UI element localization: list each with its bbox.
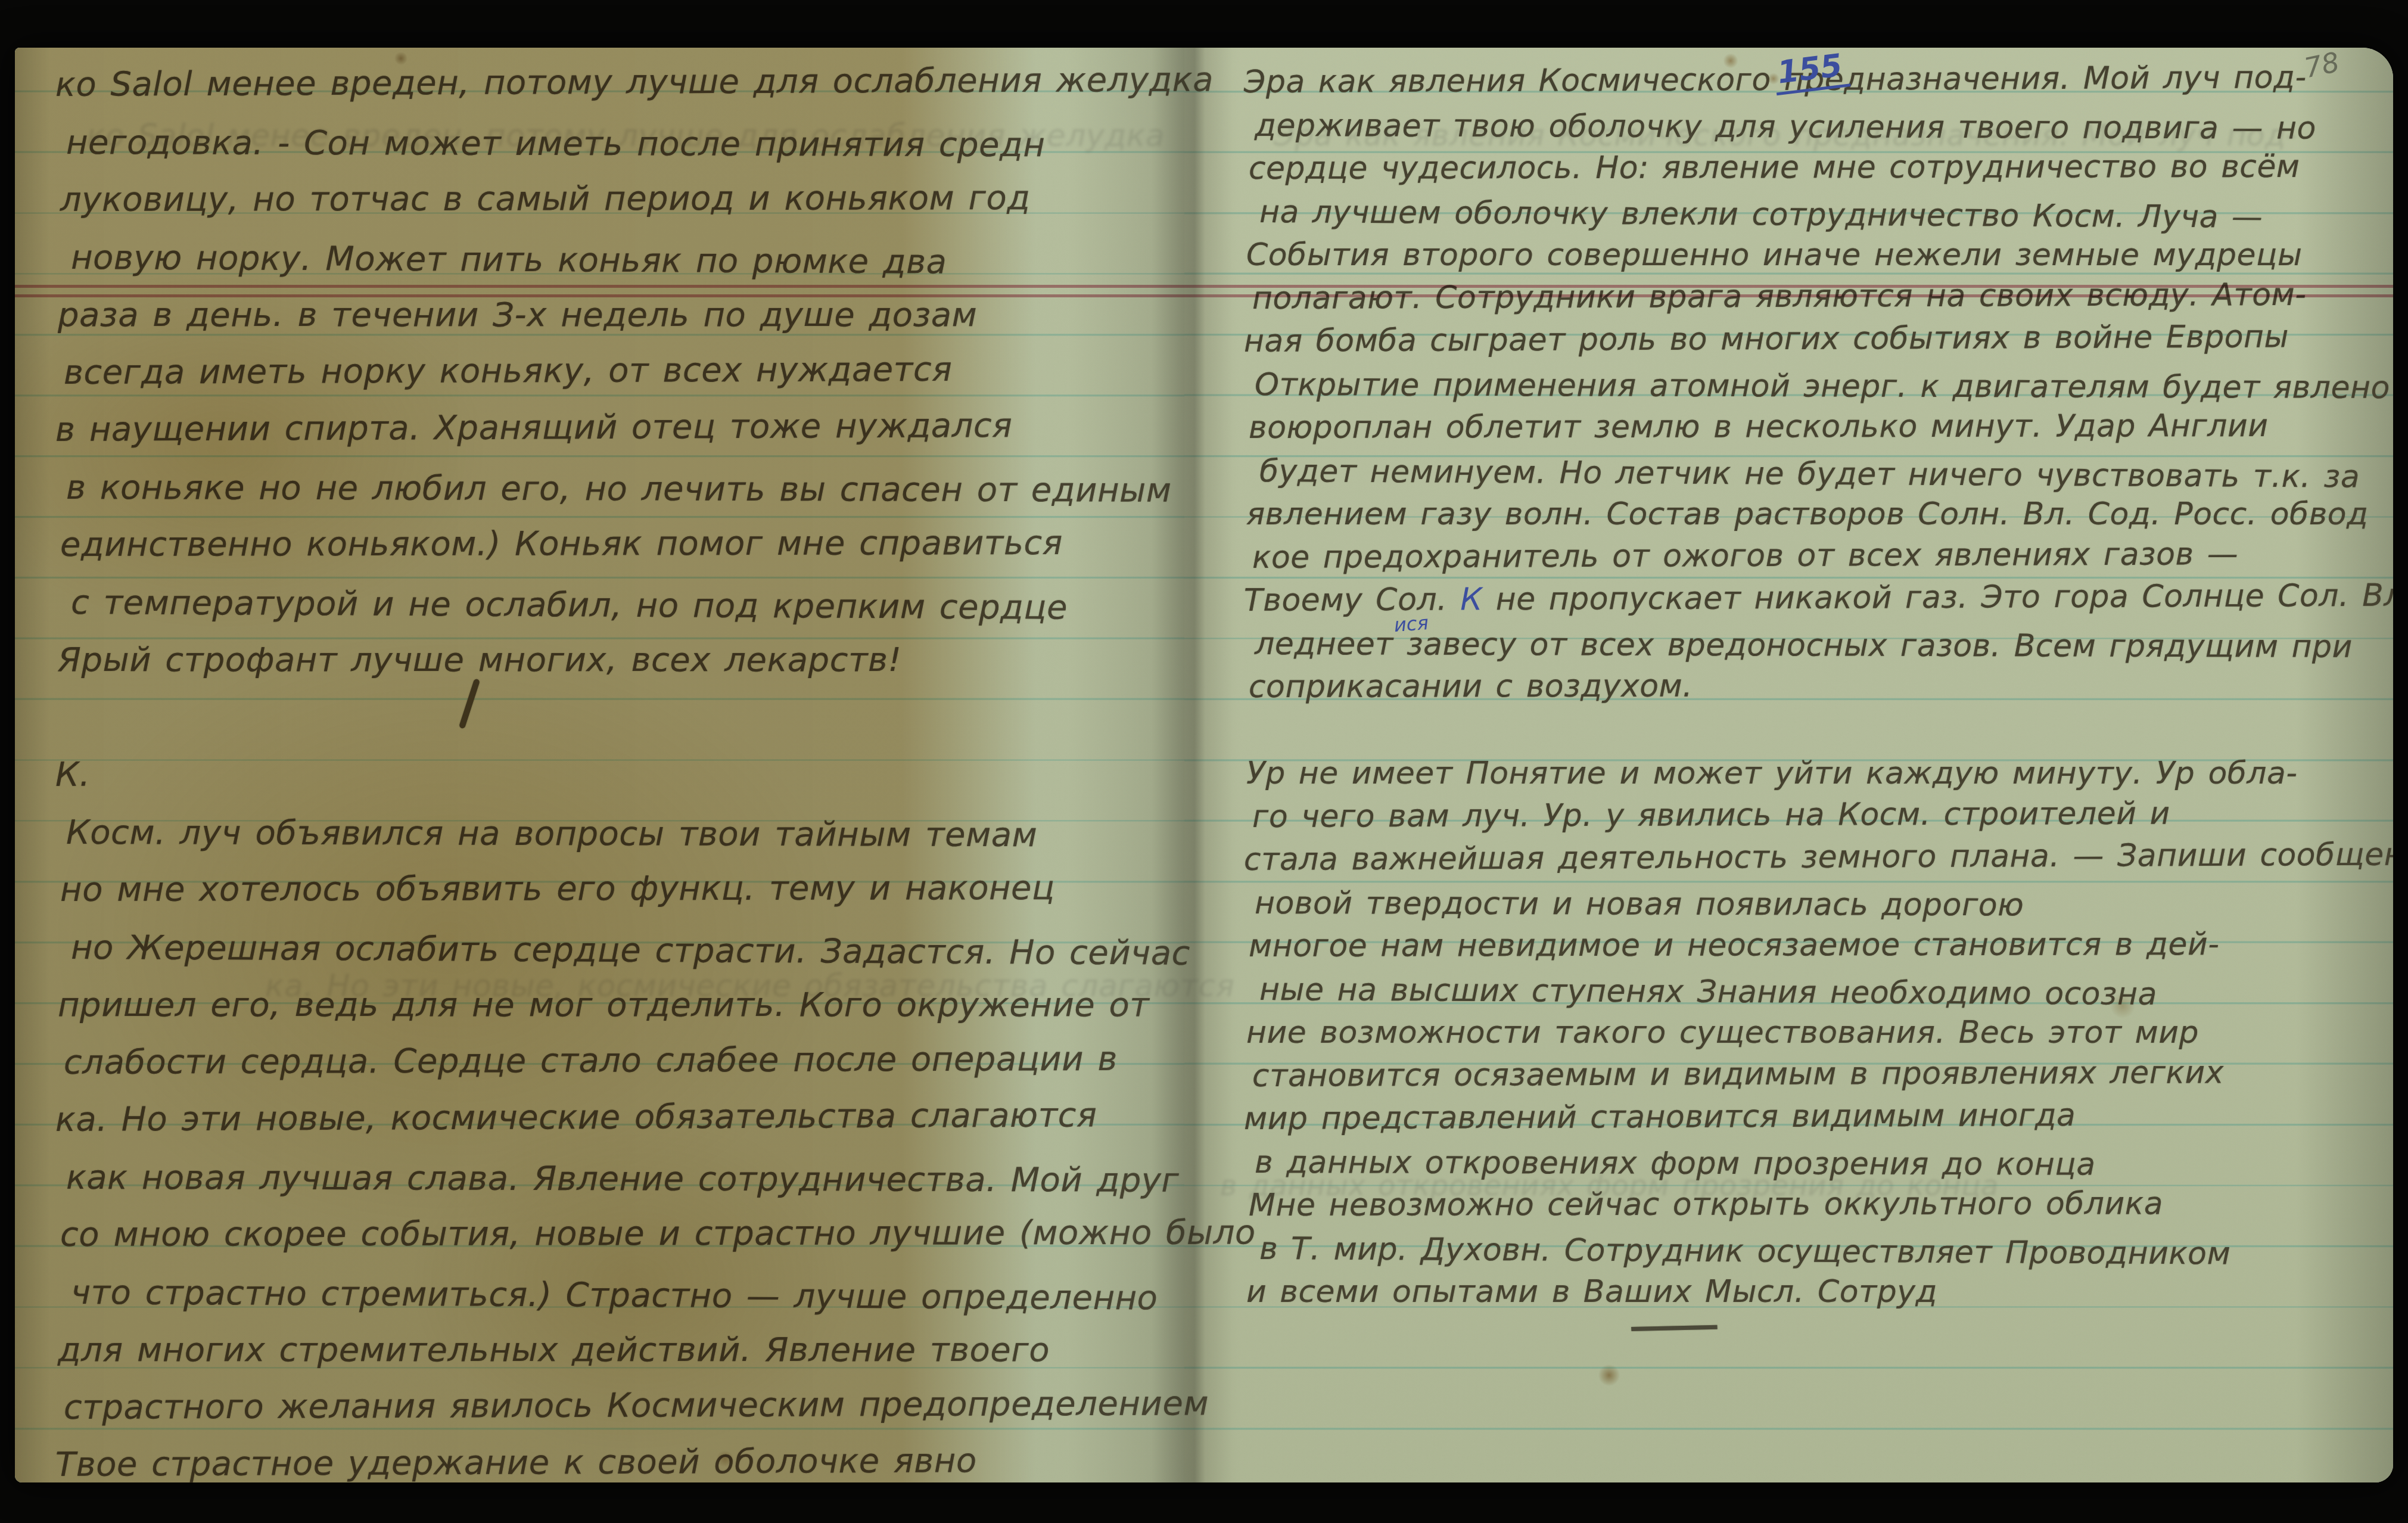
handwritten-line: мир представлений становится видимым ино… — [1244, 1098, 2076, 1137]
handwritten-line: ная бомба сыграет роль во многих события… — [1244, 319, 2289, 359]
end-dash-mark: — — [1625, 1288, 1723, 1360]
handwritten-line: Ур не имеет Понятие и может уйти каждую … — [1246, 756, 2298, 791]
red-ruled-line-bottom — [15, 294, 2393, 297]
blue-ink-letter-k: К — [1460, 582, 1483, 617]
handwritten-line: и всеми опытами в Ваших Мысл. Сотруд — [1246, 1274, 1937, 1310]
handwritten-line: новой твердости и новая появилась дорого… — [1255, 885, 2024, 923]
page-right: Эра как явления Космического предназначе… — [1184, 48, 2393, 1482]
handwritten-line: ные на высших ступенях Знания необходимо… — [1259, 972, 2157, 1012]
handwritten-line: всегда иметь норку коньяку, от всех нужд… — [64, 350, 953, 391]
handwritten-line: явлением газу волн. Состав растворов Сол… — [1246, 496, 2369, 532]
pencil-ghost-impression: в данных откровениях форм прозрения до к… — [1220, 1169, 1999, 1202]
handwritten-line: в Т. мир. Духовн. Сотрудник осуществляет… — [1259, 1231, 2231, 1272]
handwritten-line: стала важнейшая деятельность земного пла… — [1244, 837, 2393, 878]
handwritten-line: соприкасании с воздухом. — [1249, 669, 1693, 705]
handwritten-line: го чего вам луч. Ур. у явились на Косм. … — [1252, 795, 2170, 834]
handwritten-line: страстного желания явилось Космическим п… — [64, 1384, 1209, 1427]
pencil-ghost-impression: Эра как явления Космического предназначе… — [1274, 118, 2297, 153]
handwritten-line: воюроплан облетит землю в несколько мину… — [1249, 408, 2269, 446]
handwritten-line: но мне хотелось объявить его функц. тему… — [60, 869, 1055, 909]
handwritten-line: в наущении спирта. Хранящий отец тоже ну… — [55, 406, 1013, 449]
handwritten-line: но Жерешная ослабить сердце страсти. Зад… — [71, 928, 1190, 973]
handwritten-line: единственно коньяком.) Коньяк помог мне … — [60, 524, 1063, 564]
handwritten-line: что страстно стремиться.) Страстно — луч… — [71, 1273, 1158, 1318]
pencil-ghost-impression: ко Salol менее вреден, потому лучше для … — [86, 118, 1165, 154]
right-page-text: Эра как явления Космического предназначе… — [1184, 48, 2393, 1482]
handwritten-line: становится осязаемым и видимым в проявле… — [1252, 1055, 2224, 1094]
handwritten-line: многое нам невидимое и неосязаемое стано… — [1249, 927, 2220, 964]
handwritten-line: Твое страстное удержание к своей оболочк… — [55, 1441, 977, 1482]
handwritten-line: на лучшем оболочку влекли сотрудничество… — [1259, 194, 2263, 235]
handwritten-line: с температурой и не ослабил, но под креп… — [71, 583, 1068, 627]
handwritten-line: сердце чудесилось. Но: явление мне сотру… — [1249, 149, 2300, 187]
notebook-spread: ко Salol менее вреден, потому лучше для … — [15, 48, 2393, 1482]
handwritten-line: луковицу, но тотчас в самый период и кон… — [60, 179, 1031, 219]
handwritten-line: новую норку. Может пить коньяк по рюмке … — [71, 238, 947, 282]
left-page-text: ко Salol менее вреден, потому лучше для … — [15, 48, 1184, 1482]
handwritten-line: кое предохранитель от ожогов от всех явл… — [1252, 536, 2238, 576]
k-line-suffix: не пропускает никакой газ. Это гора Солн… — [1482, 577, 2393, 617]
handwritten-line: Открытие применения атомной энерг. к дви… — [1255, 367, 2393, 406]
handwritten-line: Ярый строфант лучше многих, всех лекарст… — [58, 641, 902, 679]
handwritten-line: как новая лучшая слава. Явление сотрудни… — [66, 1158, 1179, 1200]
handwritten-line: будет неминуем. Но летчик не будет ничег… — [1259, 453, 2360, 495]
handwritten-line: ние возможности такого существования. Ве… — [1246, 1015, 2199, 1050]
pencil-ghost-impression: ка. Но эти новые, космические обязательс… — [265, 968, 1234, 1004]
k-line-prefix: Твоему Сол. — [1244, 582, 1460, 618]
handwritten-line: слабости сердца. Сердце стало слабее пос… — [64, 1039, 1118, 1081]
handwritten-line: ка. Но эти новые, космические обязательс… — [55, 1096, 1097, 1139]
handwritten-line: раза в день. в течении З-х недель по душ… — [58, 296, 977, 334]
blue-ink-annotation: ися — [1393, 611, 1429, 636]
handwritten-line: Косм. луч объявился на вопросы твои тайн… — [66, 813, 1038, 854]
handwritten-line: К. — [55, 756, 91, 794]
handwritten-line: ко Salol менее вреден, потому лучше для … — [55, 61, 1214, 104]
handwritten-line: для многих стремительных действий. Явлен… — [58, 1331, 1050, 1369]
handwritten-line: События второго совершенно иначе нежели … — [1246, 237, 2303, 273]
red-ruled-line-top — [15, 285, 2393, 288]
page-left: ко Salol менее вреден, потому лучше для … — [15, 48, 1184, 1482]
handwritten-line: со мною скорее события, новые и страстно… — [60, 1213, 1256, 1254]
handwritten-line: в коньяке но не любил его, но лечить вы … — [66, 468, 1172, 510]
